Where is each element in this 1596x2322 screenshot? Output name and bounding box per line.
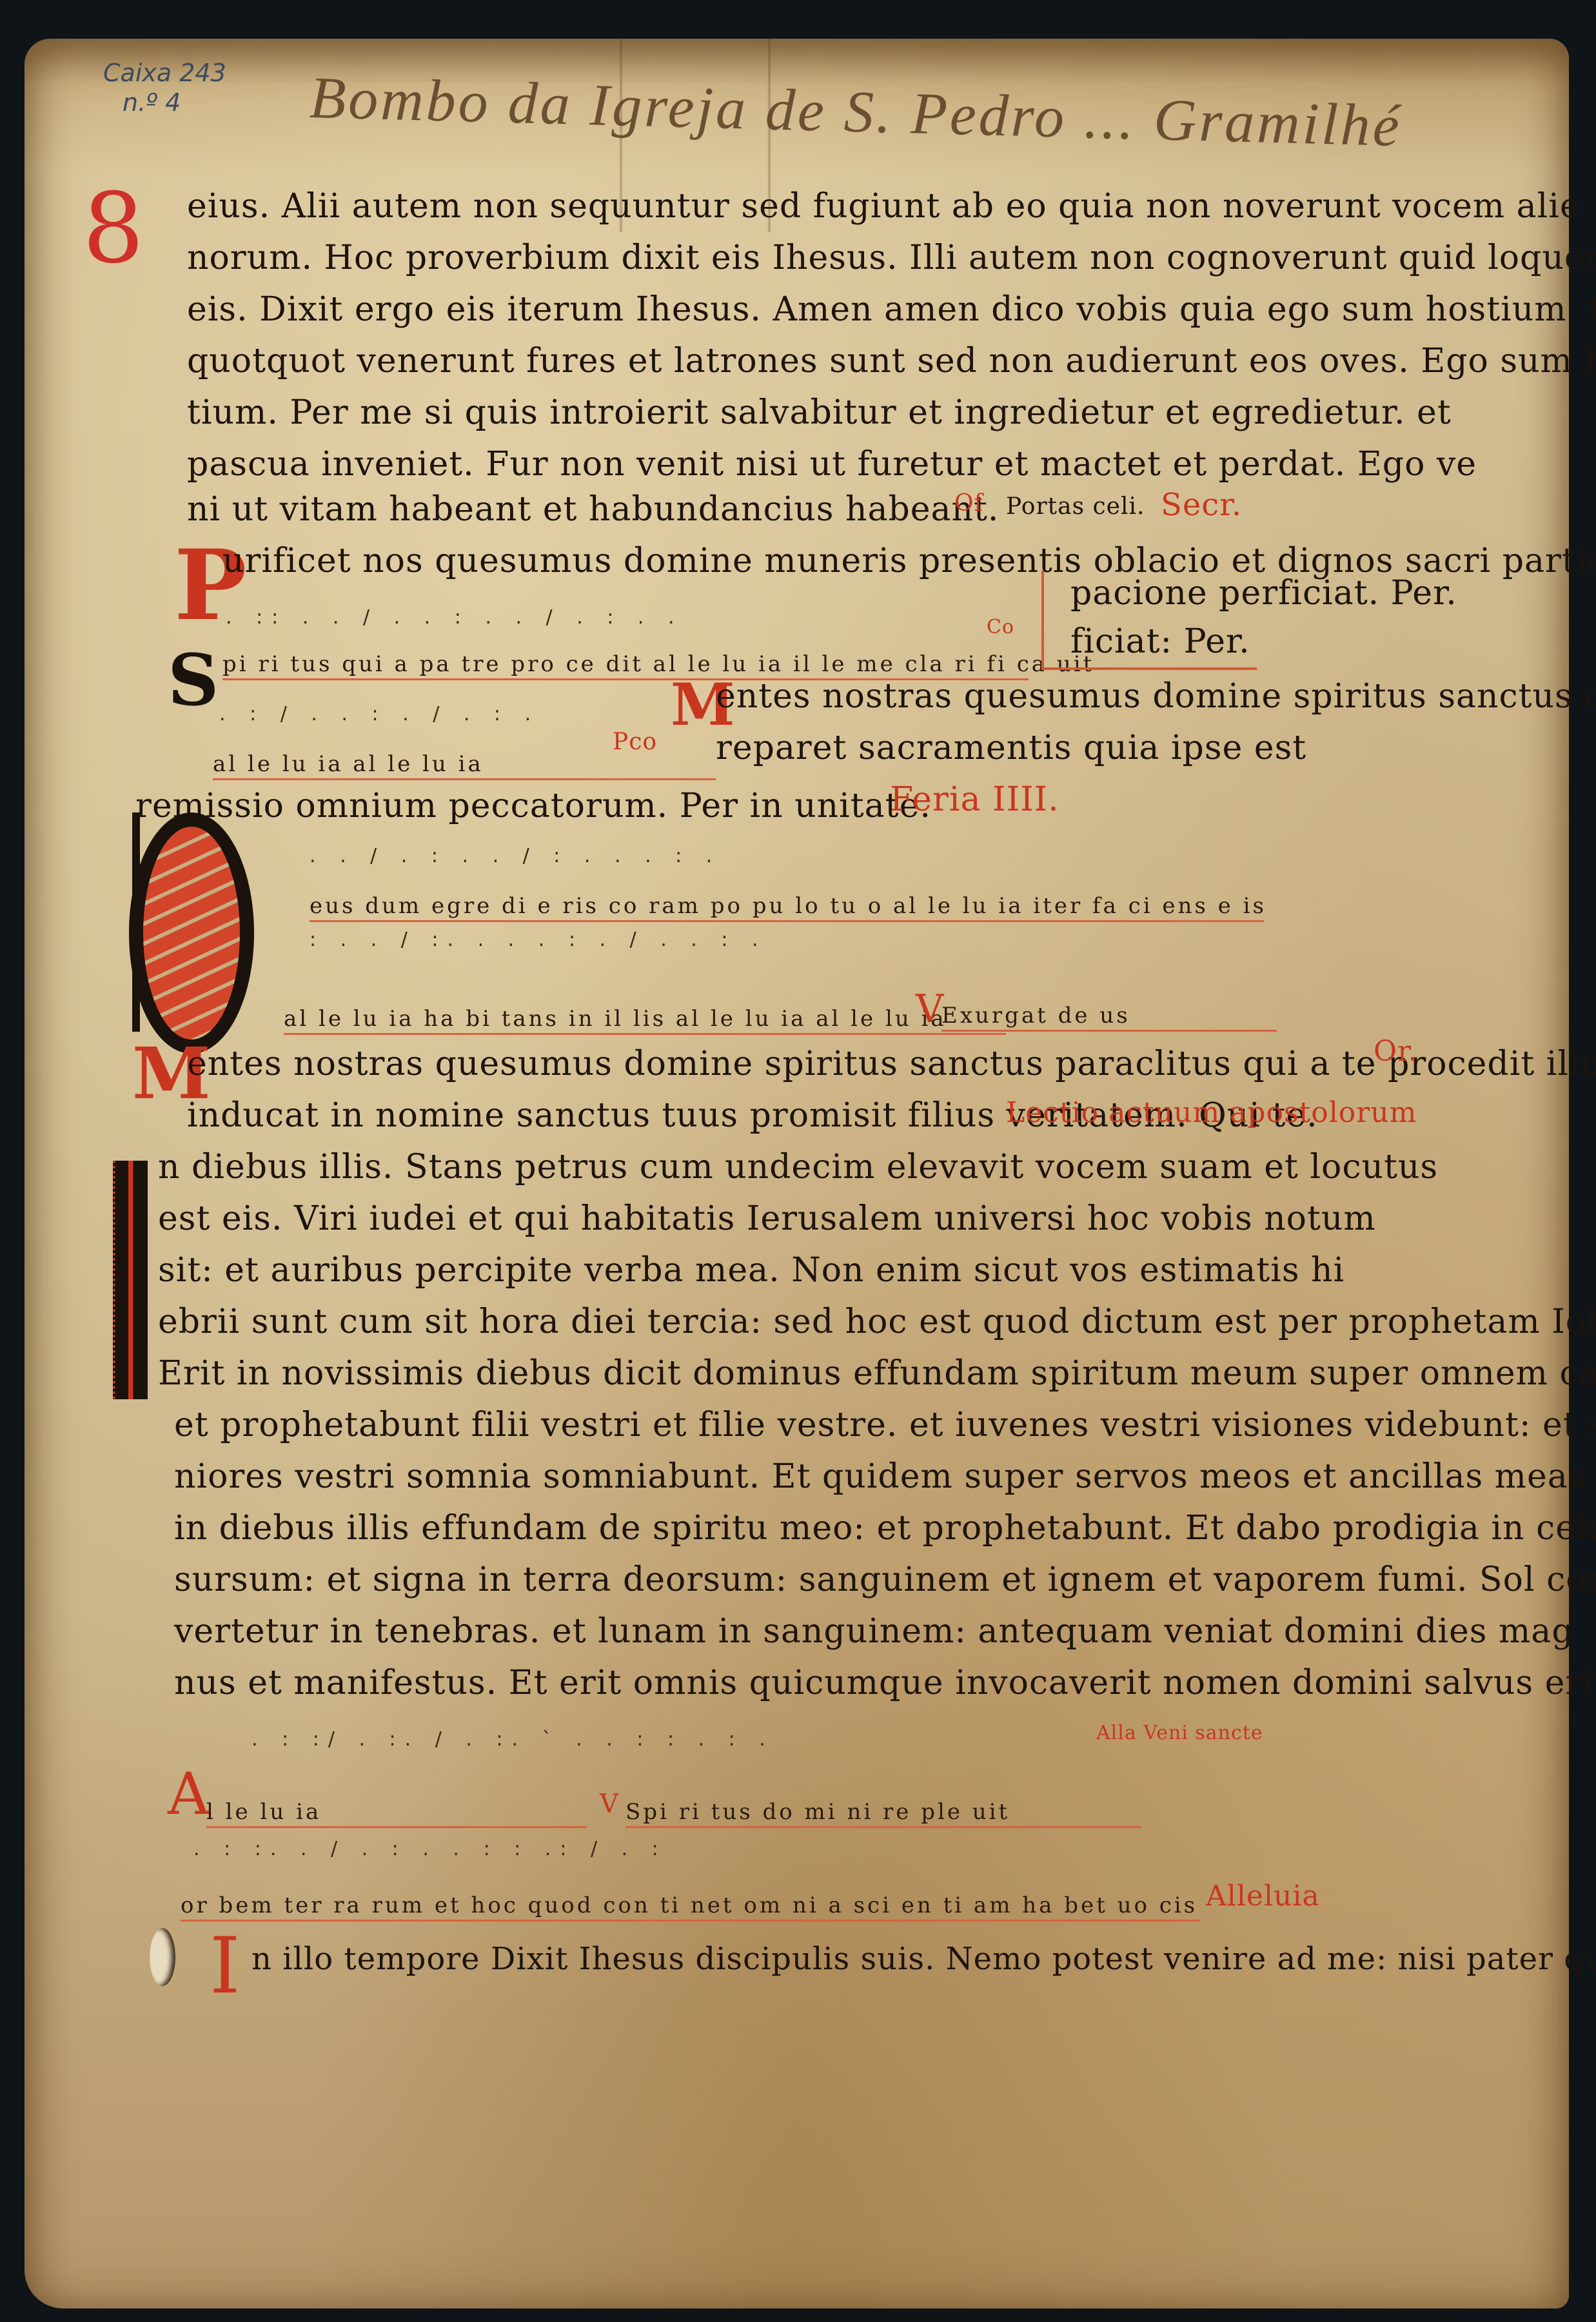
rubric-alleluia-end: Alleluia [1206,1880,1320,1913]
neumes: . : :. . / . : . . : : .: / . : [193,1838,667,1860]
neumes: . : :/ . :. / . :. ` . . : : . : . [251,1728,774,1751]
boxed-text: pacione perficiat. Per. [1070,574,1457,613]
parchment-hole [150,1928,175,1986]
postcommunion-text: entes nostras quesumus domine spiritus s… [716,677,1596,716]
text-line: ni ut vitam habeant et habundancius habe… [187,490,999,529]
rubric-lectio: Lectio actuum apostolorum [1006,1096,1417,1129]
lesson-text: Erit in novissimis diebus dicit dominus … [158,1354,1596,1393]
neumes: . . / . : . . / : . . . : . [310,845,721,867]
lesson-text: sursum: et signa in terra deorsum: sangu… [174,1560,1596,1599]
lesson-text: n diebus illis. Stans petrus cum undecim… [158,1148,1438,1186]
shelfmark: Caixa 243 n.º 4 [103,58,226,117]
initial-S: S [168,638,219,722]
offertory-incipit: Portas celi. [1006,493,1145,520]
gathering-mark: 8 [83,181,144,277]
chant-syllables: al le lu ia al le lu ia [213,751,716,780]
lesson-text: nus et manifestus. Et erit omnis quicumq… [174,1664,1596,1702]
text-line: eius. Alii autem non sequuntur sed fugiu… [187,187,1581,226]
lesson-text: est eis. Viri iudei et qui habitatis Ier… [158,1199,1376,1238]
initial-I: I [210,1922,240,2011]
boxed-text: ficiat: Per. [1070,622,1250,661]
chant-syllables: pi ri tus qui a pa tre pro ce dit al le … [222,651,1029,680]
rubric-secret: Secr. [1161,487,1242,523]
text-line: pascua inveniet. Fur non venit nisi ut f… [187,445,1477,484]
gospel-text: n illo tempore Dixit Ihesus discipulis s… [251,1941,1596,1977]
chant-syllables: l le lu ia [206,1799,587,1828]
neumes: . :: . . / . . : . . / . : . . [226,606,684,629]
illuminated-initial-I [113,1161,148,1399]
rubric-communion: Co [987,616,1014,638]
lesson-text: sit: et auribus percipite verba mea. Non… [158,1251,1345,1290]
rubric-oratio: Or. [1374,1035,1418,1068]
text-line: quotquot venerunt fures et latrones sunt… [187,342,1596,380]
text-line: eis. Dixit ergo eis iterum Ihesus. Amen … [187,290,1596,329]
rubric-offertory-mark: Of [954,490,983,517]
lesson-text: niores vestri somnia somniabunt. Et quid… [174,1457,1586,1496]
text-line: norum. Hoc proverbium dixit eis Ihesus. … [187,239,1596,277]
postcommunion-conclusion: remissio omnium peccatorum. Per in unita… [135,787,931,825]
chant-syllables: or bem ter ra rum et hoc quod con ti net… [181,1893,1199,1922]
chant-syllables: Spi ri tus do mi ni re ple uit [626,1799,1141,1828]
neumes: : . . / :. . . . : . / . . : . [310,929,767,951]
chant-syllables: eus dum egre di e ris co ram po pu lo tu… [310,893,1264,922]
illuminated-initial-D-stem [132,812,140,1032]
text-line: tium. Per me si quis introierit salvabit… [187,393,1452,432]
rubric-psalm-verse: V [916,987,944,1032]
neumes: . : / . . : . / . : . [219,703,540,725]
chant-syllables: al le lu ia ha bi tans in il lis al le l… [284,1006,1006,1035]
lesson-text: ebrii sunt cum sit hora diei tercia: sed… [158,1303,1596,1341]
initial-A: A [168,1760,210,1828]
psalm-incipit: Exurgat de us [941,1003,1277,1032]
illuminated-initial-D [129,812,254,1054]
lesson-text: vertetur in tenebras. et lunam in sangui… [174,1612,1574,1651]
verse-mark: V [600,1789,619,1819]
lesson-text: in diebus illis effundam de spiritu meo:… [174,1509,1596,1548]
alleluia-cue: Alla Veni sancte [1096,1722,1263,1744]
lesson-text: et prophetabunt filii vestri et filie ve… [174,1406,1596,1444]
postcommunion-text: reparet sacramentis quia ipse est [716,729,1306,767]
rubric-feria: Feria IIII. [890,780,1059,819]
